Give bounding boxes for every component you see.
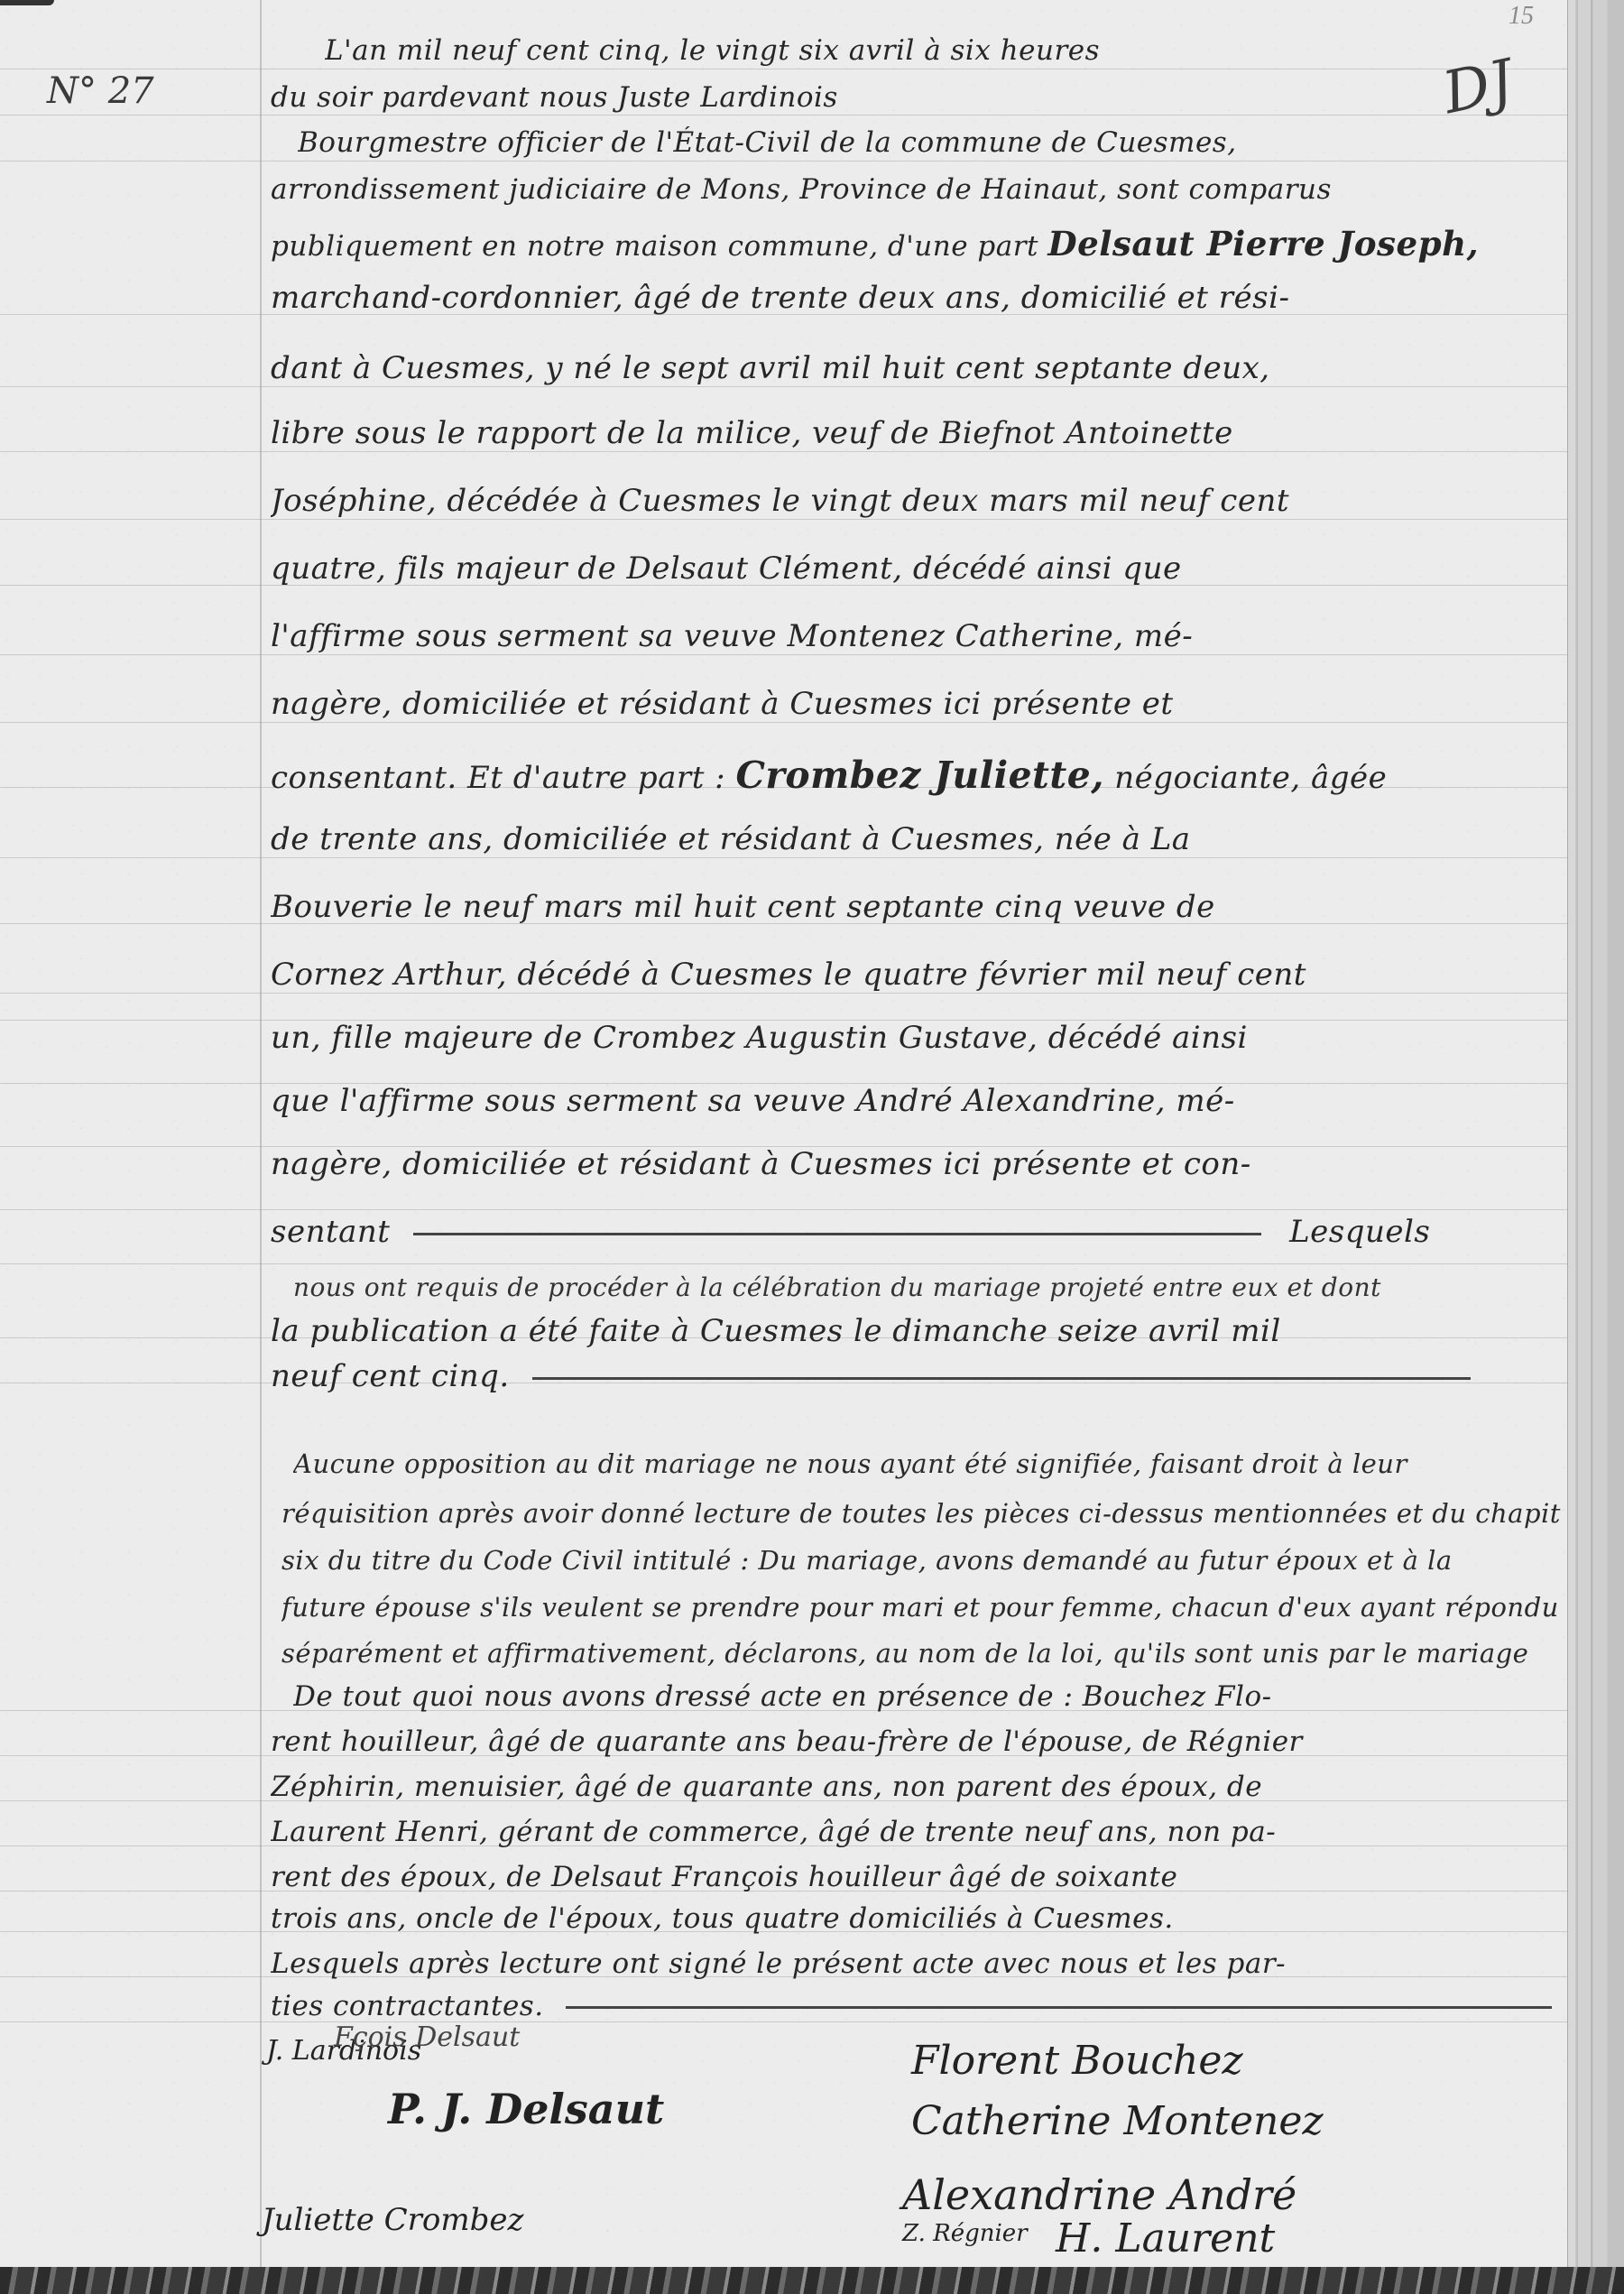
- ruled-line: [0, 451, 1579, 452]
- preamble-line: Bourgmestre officier de l'État-Civil de …: [298, 126, 1579, 159]
- signature-witness-laurent: H. Laurent: [1056, 2215, 1275, 2262]
- witness-line: rent des époux, de Delsaut François houi…: [271, 1861, 1552, 1893]
- request-line: nous ont requis de procéder à la célébra…: [293, 1272, 1574, 1302]
- groom-line: nagère, domiciliée et résidant à Cuesmes…: [271, 686, 1552, 722]
- bride-end-line: sentant Lesquels: [271, 1214, 1552, 1250]
- bride-end: sentant: [271, 1214, 390, 1250]
- ruled-line: [0, 993, 1579, 994]
- request-line-end: neuf cent cinq.: [271, 1358, 1552, 1394]
- fill-line: [413, 1233, 1261, 1235]
- book-binding: [1567, 0, 1624, 2294]
- bride-line: un, fille majeure de Crombez Augustin Gu…: [271, 1020, 1552, 1056]
- record-number: N° 27: [47, 70, 154, 112]
- ceremony-line: future épouse s'ils veulent se prendre p…: [281, 1592, 1563, 1623]
- ruled-line: [0, 1209, 1579, 1210]
- bride-occupation: négociante, âgée: [1114, 760, 1387, 796]
- signature-witness-regnier: Z. Régnier: [902, 2220, 1028, 2247]
- marbled-page-edge: [0, 2267, 1624, 2294]
- preamble-text: publiquement en notre maison commune, d'…: [271, 230, 1038, 263]
- page-number: 15: [1509, 2, 1534, 31]
- groom-line: dant à Cuesmes, y né le sept avril mil h…: [271, 350, 1552, 386]
- witness-end: ties contractantes.: [271, 1990, 544, 2022]
- preamble-line: du soir pardevant nous Juste Lardinois: [271, 81, 1552, 114]
- witness-line: Lesquels après lecture ont signé le prés…: [271, 1947, 1552, 1980]
- ruled-line: [0, 722, 1579, 723]
- signature-witness-delsaut: Fçois Delsaut: [334, 2021, 520, 2053]
- ruled-line: [0, 69, 1579, 69]
- fill-line: [566, 2006, 1552, 2009]
- bride-intro: consentant. Et d'autre part :: [271, 760, 725, 796]
- ruled-line: [0, 386, 1579, 387]
- bride-line: Bouverie le neuf mars mil huit cent sept…: [271, 889, 1552, 925]
- ruled-line: [0, 654, 1579, 655]
- ruled-line: [0, 857, 1579, 858]
- groom-name: Delsaut Pierre Joseph,: [1047, 224, 1479, 264]
- lesquels: Lesquels: [1289, 1214, 1430, 1250]
- signature-bride-mother: Alexandrine André: [902, 2170, 1296, 2219]
- groom-line: Joséphine, décédée à Cuesmes le vingt de…: [271, 483, 1552, 519]
- register-page: N° 27 15 DJ L'an mil neuf cent cinq, le …: [0, 0, 1579, 2267]
- request-end: neuf cent cinq.: [271, 1358, 510, 1394]
- ruled-line: [0, 161, 1579, 162]
- groom-line: marchand-cordonnier, âgé de trente deux …: [271, 280, 1552, 316]
- bride-name: Crombez Juliette,: [735, 754, 1103, 797]
- witness-line: rent houilleur, âgé de quarante ans beau…: [271, 1725, 1552, 1758]
- preamble-line-with-groom: publiquement en notre maison commune, d'…: [271, 224, 1552, 264]
- ceremony-line: six du titre du Code Civil intitulé : Du…: [281, 1545, 1563, 1576]
- fill-line: [532, 1377, 1471, 1380]
- groom-line: quatre, fils majeur de Delsaut Clément, …: [271, 550, 1552, 587]
- bride-line: que l'affirme sous serment sa veuve Andr…: [271, 1083, 1552, 1119]
- preamble-line: arrondissement judiciaire de Mons, Provi…: [271, 173, 1552, 206]
- witness-line: trois ans, oncle de l'époux, tous quatre…: [271, 1902, 1552, 1935]
- ceremony-line: séparément et affirmativement, déclarons…: [281, 1638, 1563, 1669]
- page-corner-shadow: [0, 0, 54, 5]
- ceremony-line: réquisition après avoir donné lecture de…: [281, 1498, 1563, 1529]
- signature-witness-bouchez: Florent Bouchez: [911, 2038, 1243, 2084]
- groom-line: libre sous le rapport de la milice, veuf…: [271, 415, 1552, 451]
- witness-line-end: ties contractantes.: [271, 1990, 1552, 2022]
- bride-line: de trente ans, domiciliée et résidant à …: [271, 821, 1552, 857]
- ceremony-line: Aucune opposition au dit mariage ne nous…: [293, 1448, 1574, 1479]
- bride-intro-line: consentant. Et d'autre part : Crombez Ju…: [271, 754, 1552, 797]
- request-line: la publication a été faite à Cuesmes le …: [271, 1313, 1552, 1349]
- witness-line: Laurent Henri, gérant de commerce, âgé d…: [271, 1816, 1552, 1848]
- bride-line: nagère, domiciliée et résidant à Cuesmes…: [271, 1146, 1552, 1182]
- signature-groom: P. J. Delsaut: [388, 2085, 664, 2133]
- signature-groom-mother: Catherine Montenez: [911, 2098, 1324, 2144]
- witness-line: De tout quoi nous avons dressé acte en p…: [293, 1680, 1574, 1713]
- groom-line: l'affirme sous serment sa veuve Montenez…: [271, 618, 1552, 654]
- ruled-line: [0, 1263, 1579, 1264]
- margin-rule: [260, 0, 262, 2267]
- ruled-line: [0, 519, 1579, 520]
- preamble-line: L'an mil neuf cent cinq, le vingt six av…: [325, 34, 1606, 67]
- ruled-line: [0, 115, 1579, 116]
- bride-line: Cornez Arthur, décédé à Cuesmes le quatr…: [271, 957, 1552, 993]
- signature-bride: Juliette Crombez: [262, 2202, 523, 2238]
- witness-line: Zéphirin, menuisier, âgé de quarante ans…: [271, 1771, 1552, 1803]
